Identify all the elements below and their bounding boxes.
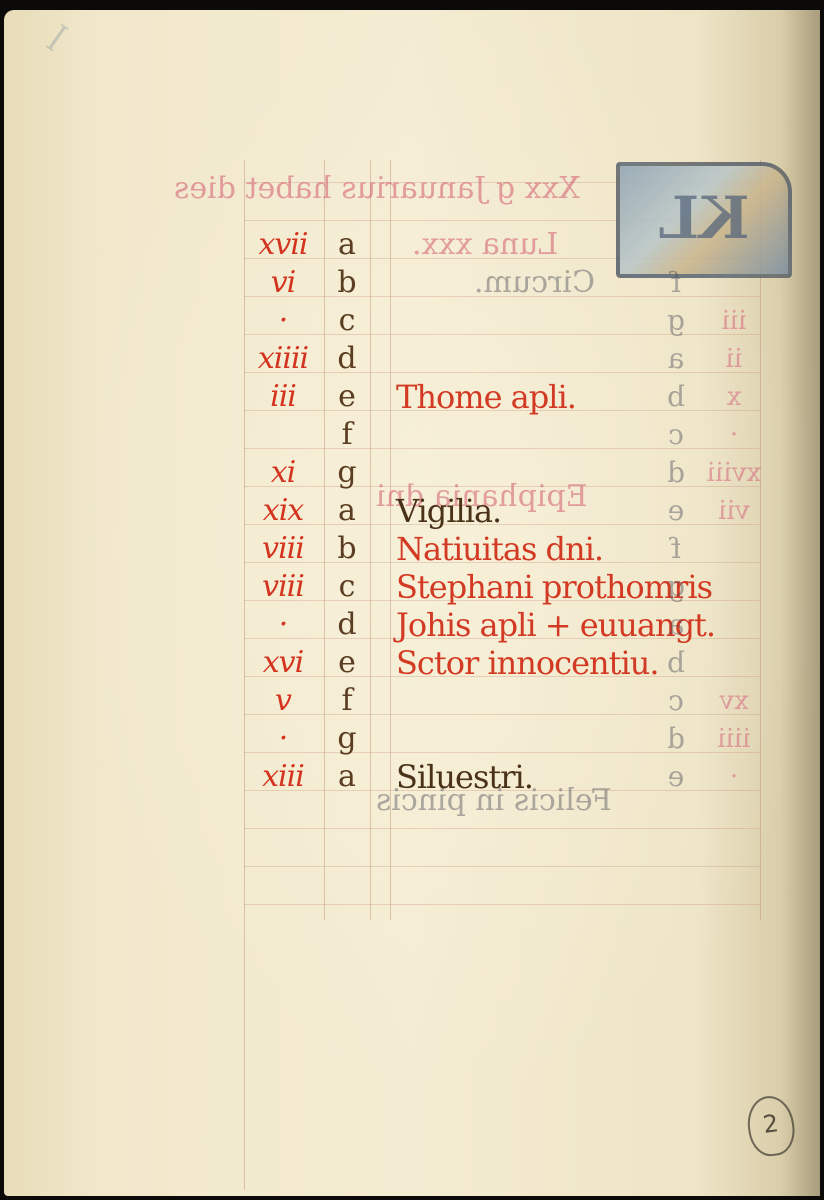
calendar-row: xviia — [4, 226, 820, 264]
dominical-letter: b — [330, 264, 364, 302]
dominical-letter: a — [330, 226, 364, 264]
calendar-row: xvieSctor innocentiu. — [4, 644, 820, 682]
bleedthrough-number: · — [704, 416, 764, 454]
folio-number: 2 — [744, 1093, 798, 1159]
bleedthrough-letter: g — [656, 568, 696, 606]
header-row: Xxx g Januarius habet dies — [4, 170, 820, 208]
golden-number: · — [240, 606, 326, 644]
calendar-row: viiicStephani prothomris — [4, 568, 820, 606]
golden-number: xiiii — [240, 340, 326, 378]
ruling-line — [244, 828, 760, 829]
ruling-line — [244, 866, 760, 867]
bleedthrough-letter: d — [656, 454, 696, 492]
bleedthrough-number: · — [704, 758, 764, 796]
dominical-letter: g — [330, 454, 364, 492]
golden-number: xiii — [240, 758, 326, 796]
bleedthrough-number: iiii — [704, 720, 764, 758]
golden-number: · — [240, 302, 326, 340]
golden-number: xvii — [240, 226, 326, 264]
feast-name: Siluestri. — [396, 758, 533, 796]
bleedthrough-letter: d — [656, 720, 696, 758]
bleedthrough-text: Xxx g Januarius habet dies — [174, 170, 580, 208]
golden-number: viii — [240, 568, 326, 606]
calendar-row: xig — [4, 454, 820, 492]
calendar-row: vib — [4, 264, 820, 302]
bleedthrough-letter: g — [656, 302, 696, 340]
dominical-letter: f — [330, 682, 364, 720]
dominical-letter: b — [330, 530, 364, 568]
bleedthrough-number: ii — [704, 340, 764, 378]
bleedthrough-number: xviii — [704, 454, 764, 492]
calendar-row: ·dJohis apli + euuangt. — [4, 606, 820, 644]
golden-number: v — [240, 682, 326, 720]
golden-number: · — [240, 720, 326, 758]
feast-name: Natiuitas dni. — [396, 530, 603, 568]
golden-number: xi — [240, 454, 326, 492]
golden-number: iii — [240, 378, 326, 416]
ruling-line — [244, 904, 760, 905]
bleedthrough-letter: e — [656, 492, 696, 530]
bleedthrough-letter: a — [656, 340, 696, 378]
calendar-row: iiieThome apli. — [4, 378, 820, 416]
golden-number: xvi — [240, 644, 326, 682]
dominical-letter: a — [330, 492, 364, 530]
dominical-letter: e — [330, 378, 364, 416]
dominical-letter: d — [330, 606, 364, 644]
feast-name: Thome apli. — [396, 378, 576, 416]
calendar-row: xiiiaSiluestri. — [4, 758, 820, 796]
dominical-letter: e — [330, 644, 364, 682]
dominical-letter: a — [330, 758, 364, 796]
bleedthrough-letter: e — [656, 758, 696, 796]
dominical-letter: d — [330, 340, 364, 378]
bleedthrough-letter: c — [656, 416, 696, 454]
dominical-letter: f — [330, 416, 364, 454]
calendar-row: viiibNatiuitas dni. — [4, 530, 820, 568]
dominical-letter: g — [330, 720, 364, 758]
calendar-row: f — [4, 416, 820, 454]
bleedthrough-letter: c — [656, 682, 696, 720]
bleedthrough-number: iii — [704, 302, 764, 340]
ghost-folio-mark: ꟾ — [37, 24, 117, 97]
feast-name: Sctor innocentiu. — [396, 644, 659, 682]
bleedthrough-number: x — [704, 378, 764, 416]
golden-number: vi — [240, 264, 326, 302]
bleedthrough-letter: f — [656, 530, 696, 568]
bleedthrough-letter: b — [656, 644, 696, 682]
calendar-row: xiiiid — [4, 340, 820, 378]
dominical-letter: c — [330, 568, 364, 606]
golden-number: viii — [240, 530, 326, 568]
bleedthrough-letter: a — [656, 606, 696, 644]
manuscript-page: ꟾ KL Xxx g Januarius habet dies Luna xxx… — [4, 10, 820, 1196]
golden-number: xix — [240, 492, 326, 530]
calendar-row: xixaVigilia. — [4, 492, 820, 530]
calendar-row: ·c — [4, 302, 820, 340]
feast-name: Vigilia. — [396, 492, 501, 530]
calendar-row: ·g — [4, 720, 820, 758]
bleedthrough-number: xv — [704, 682, 764, 720]
dominical-letter: c — [330, 302, 364, 340]
calendar-row: vf — [4, 682, 820, 720]
bleedthrough-letter: f — [656, 264, 696, 302]
bleedthrough-number: vii — [704, 492, 764, 530]
bleedthrough-letter: b — [656, 378, 696, 416]
